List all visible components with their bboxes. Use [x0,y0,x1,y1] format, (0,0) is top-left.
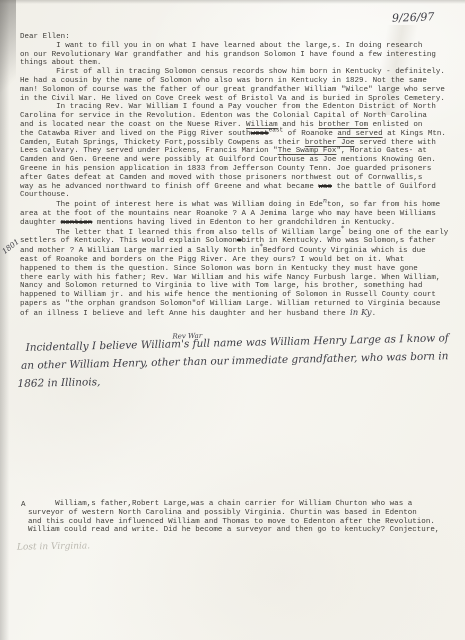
handwritten-date: 9/26/97 [391,10,434,24]
text-segment: east of Roanoke and borders on the Pigg … [20,256,404,264]
scan-edge-shadow-top [0,0,465,4]
typed-line: daughter mention mentions having lived i… [20,219,460,228]
text-segment: and mother ? A William Large married a S… [20,247,260,255]
annotated-text-segment: brother Tom [318,121,368,129]
annotated-text-segment: west [251,130,269,138]
pencil-annotation: Lost in Virginia. [17,541,90,552]
text-segment: surveyor of western North Carolina and p… [28,509,417,517]
annotated-text-segment: mention [61,219,93,227]
annotated-text-segment: and served [337,130,382,138]
typed-line: east of Roanoke and borders on the Pigg … [20,256,460,265]
typed-line: Carolina for service in the Revolution. … [20,112,460,121]
margin-section-marker: A [21,501,26,510]
typed-line: happened to them is the question. Since … [20,265,460,274]
text-segment: way as he advanced northward to finish o… [20,183,318,191]
text-segment: I want to fill you in on what I have lea… [20,42,422,50]
text-segment: and is located near the coast on the Nue… [20,121,246,129]
text-segment: Carolina for service in the Revolution. … [20,112,427,120]
typed-line: papers as "the orphan grandson Solomon"o… [20,300,460,309]
typed-line: man! Solomon of course was the father of… [20,86,460,95]
text-segment: . [372,310,377,318]
typed-line: In tracing Rev. War William I found a Pa… [20,103,460,112]
typed-line: settlers of Kentucky. This would explain… [20,237,460,246]
typed-line: The letter that I learned this from also… [20,228,460,238]
typed-line: Greene in his pension application in 183… [20,165,460,174]
typed-line: Camden, Eutah Springs, Thickety Fort,pos… [20,139,460,148]
typed-line: William could read and write. Did he bec… [28,526,460,535]
text-segment: of an illness I believe and left Anne hi… [20,310,350,318]
annotated-text-segment: The Swamp Fox [278,147,337,155]
text-segment: settlers of Kentucky. This would explain… [20,237,237,245]
text-segment: Greene in his pension application in 183… [20,165,431,173]
typed-line: of an illness I believe and left Anne hi… [20,309,460,319]
closing-lines: William,s father,Robert Large,was a chai… [28,500,460,535]
letter-body: Dear Ellen: I want to fill you in on wha… [20,33,460,319]
text-segment: The point of interest here is what was W… [20,201,323,209]
text-segment: the battle of Guilford [332,183,436,191]
typed-line: I want to fill you in on what I have lea… [20,42,460,51]
annotated-text-segment: in Ky [350,308,372,318]
typed-line: and this could have influenced William a… [28,518,460,527]
text-segment: papers as "the orphan grandson Solomon"o… [20,300,440,308]
text-segment: Camden, Eutah Springs, Thickety Fort,pos… [20,139,305,147]
text-segment: happened to them is the question. Since … [20,265,418,273]
typed-line: Nancy and Solomon returned to Virginia t… [20,282,460,291]
text-segment: ", Horatio Gates- at [336,147,426,155]
text-segment: William,s father,Robert Large,was a chai… [28,500,412,508]
letter-paragraphs: I want to fill you in on what I have lea… [20,42,460,319]
text-segment: birth in Kentucky. Who was Solomon,s fat… [242,237,436,245]
typed-line: things about them. [20,59,460,68]
text-segment: William could read and write. Did he bec… [28,526,439,534]
text-segment: being one of the early [344,229,448,237]
text-segment: First of all in tracing Solomon census r… [20,68,445,76]
text-segment: Nancy and Solomon returned to Virginia t… [20,282,422,290]
text-segment: after Gates defeat at Camden and moved w… [20,174,422,182]
text-segment: there early with his father; Rev. War Wi… [20,274,440,282]
text-segment: daughter [20,219,61,227]
text-segment: things about them. [20,59,101,67]
text-segment: area at the foot of the mountains near R… [20,210,436,218]
handwritten-note: Rev War Incidentally I believe William's… [25,329,450,393]
typed-line: on our Revolutionary War grandfather and… [20,51,460,60]
text-segment: the Catawba River and lived on the Pigg … [20,130,251,138]
text-segment: He had a cousin by the name of Solomon w… [20,77,427,85]
typed-line: area at the foot of the mountains near R… [20,210,460,219]
annotated-text-segment: was [318,183,332,191]
typed-line: there early with his father; Rev. War Wi… [20,274,460,283]
typed-line: the Catawba River and lived on the Pigg … [20,130,460,139]
text-segment: of Roanoke [283,130,337,138]
annotated-text-segment: brother Joe [305,139,355,147]
text-segment: Camden and Gen. Greene and were possibly… [20,156,436,164]
typed-line: First of all in tracing Solomon census r… [20,68,460,77]
scan-corner-shadow [0,0,16,120]
typed-line: He had a cousin by the name of Solomon w… [20,77,460,86]
text-segment: enlisted on [368,121,422,129]
text-segment: The letter that I learned this from also… [20,229,341,237]
text-segment: and his [278,121,319,129]
annotated-text-segment: * [260,243,263,252]
text-segment: In tracing Rev. War William I found a Pa… [20,103,436,111]
handwritten-insertion: Rev War [172,327,202,346]
typed-line: Camden and Gen. Greene and were possibly… [20,156,460,165]
annotated-text-segment: n [323,197,327,206]
typed-line: in the Civil War. He lived on Cove Creek… [20,95,460,104]
typed-line: Lees calvary. They served under Pickens,… [20,147,460,156]
annotated-text-segment: east [269,126,283,135]
typed-line: and is located near the coast on the Nue… [20,121,460,130]
typed-line: after Gates defeat at Camden and moved w… [20,174,460,183]
text-segment: Bedford County Virginia which is due [263,247,426,255]
text-segment: happened to William jr. and his wife hen… [20,291,436,299]
typed-line: and mother ? A William Large married a S… [20,246,460,256]
text-segment: man! Solomon of course was the father of… [20,86,445,94]
typed-line: William,s father,Robert Large,was a chai… [28,500,460,509]
text-segment: Lees calvary. They served under Pickens,… [20,147,278,155]
typed-line: The point of interest here is what was W… [20,200,460,210]
text-segment: Courthouse. [20,191,70,199]
text-segment: on our Revolutionary War grandfather and… [20,51,436,59]
salutation: Dear Ellen: [20,33,460,42]
text-segment: at Kings Mtn. [383,130,446,138]
text-segment: in the Civil War. He lived on Cove Creek… [20,95,445,103]
scanned-letter-page: 9/26/97 Dear Ellen: I want to fill you i… [0,0,465,640]
typed-line: way as he advanced northward to finish o… [20,183,460,192]
typed-line: Courthouse. [20,191,460,200]
text-segment: mentions having lived in Edenton to her … [92,219,395,227]
closing-paragraph: William,s father,Robert Large,was a chai… [28,500,460,535]
typed-line: surveyor of western North Carolina and p… [28,509,460,518]
text-segment: served there with [355,139,436,147]
typed-line: happened to William jr. and his wife hen… [20,291,460,300]
annotated-text-segment: * [341,224,344,233]
text-segment: and this could have influenced William a… [28,518,435,526]
text-segment: ton, so far from his home [327,201,440,209]
